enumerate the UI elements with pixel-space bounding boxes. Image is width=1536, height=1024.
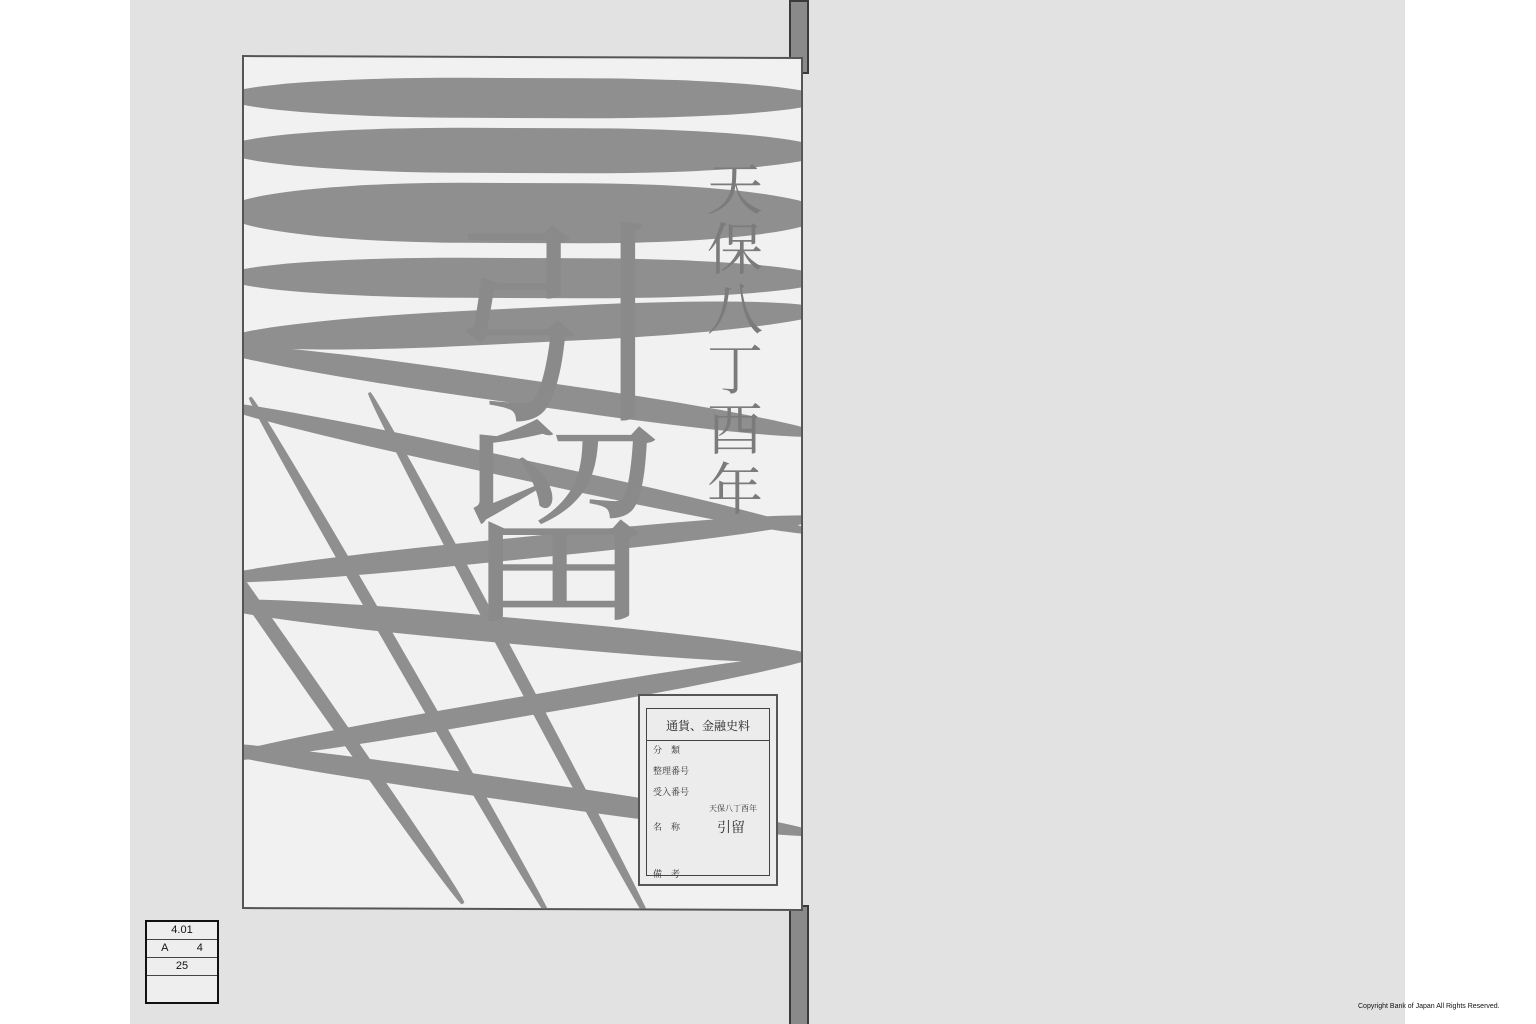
catalog-shelf: A 4 <box>147 940 217 958</box>
catalog-tag: 4.01 A 4 25 <box>145 920 219 1004</box>
label-field-accession-number: 受入番号 <box>647 783 769 804</box>
label-name-era: 天保八丁酉年 <box>709 803 757 814</box>
catalog-class: 4.01 <box>147 922 217 940</box>
label-field-remarks: 備 考 <box>647 865 769 886</box>
catalog-shelf-number: 4 <box>197 940 203 957</box>
catalog-shelf-letter: A <box>161 940 168 957</box>
cover-main-title: 引留 <box>430 210 650 610</box>
label-field-category: 分 類 <box>647 741 769 762</box>
archive-label: 通貨、金融史料 分 類 整理番号 受入番号 名 称 備 考 天保八丁酉年 引留 <box>638 694 778 886</box>
label-name-value: 引留 <box>717 817 745 837</box>
catalog-item-number: 25 <box>147 958 217 976</box>
cover-era-title: 天保八丁酉年 <box>690 160 770 520</box>
label-field-name: 名 称 <box>647 818 769 839</box>
copyright-notice: Copyright Bank of Japan All Rights Reser… <box>1358 1003 1500 1010</box>
label-field-reference-number: 整理番号 <box>647 762 769 783</box>
binding-spine-bottom <box>789 905 809 1024</box>
label-header: 通貨、金融史料 <box>647 709 769 741</box>
catalog-empty-row <box>147 976 217 993</box>
